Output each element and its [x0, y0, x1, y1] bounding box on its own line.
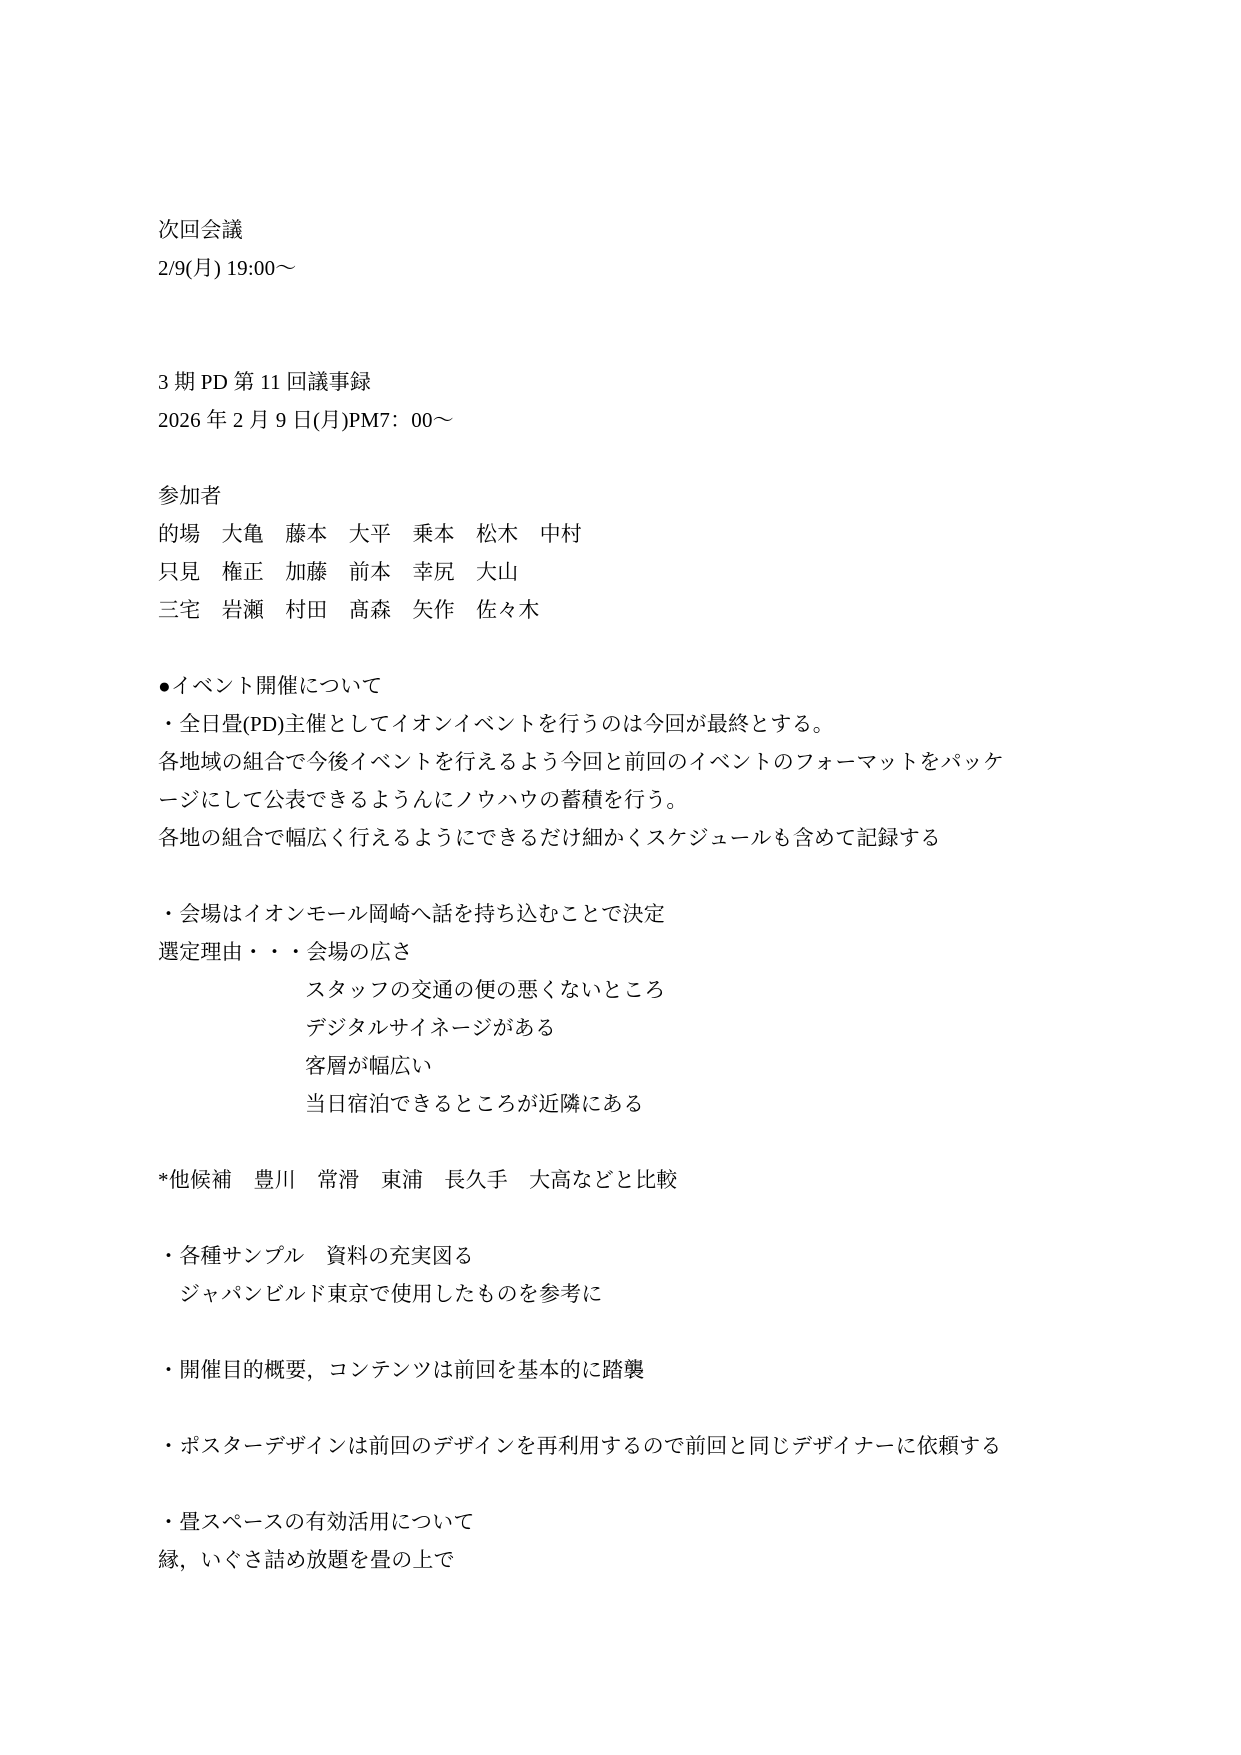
selection-reason-heading: 選定理由・・・会場の広さ — [158, 933, 1098, 971]
blank-line — [158, 439, 1098, 477]
minutes-title: 3 期 PD 第 11 回議事録 — [158, 363, 1098, 401]
selection-reason-5-text: 当日宿泊できるところが近隣にある — [305, 1085, 644, 1123]
tatami-space-note: ・畳スペースの有効活用について — [158, 1503, 1098, 1541]
blank-line — [158, 325, 1098, 363]
participants-row-3: 三宅 岩瀬 村田 髙森 矢作 佐々木 — [158, 591, 1098, 629]
other-candidates-note: *他候補 豊川 常滑 東浦 長久手 大高などと比較 — [158, 1161, 1098, 1199]
blank-line — [158, 1199, 1098, 1237]
blank-line — [158, 1123, 1098, 1161]
event-final-note: ・全日畳(PD)主催としてイオンイベントを行うのは今回が最終とする。 — [158, 705, 1098, 743]
document-page: 次回会議2/9(月) 19:00〜3 期 PD 第 11 回議事録2026 年 … — [0, 0, 1241, 1755]
blank-line — [158, 857, 1098, 895]
selection-reason-5: 当日宿泊できるところが近隣にある — [158, 1085, 1098, 1123]
event-format-note-line-2: ージにして公表できるようんにノウハウの蓄積を行う。 — [158, 781, 1098, 819]
poster-design-note: ・ポスターデザインは前回のデザインを再利用するので前回と同じデザイナーに依頼する — [158, 1427, 1098, 1465]
selection-reason-4: 客層が幅広い — [158, 1047, 1098, 1085]
selection-reason-3: デジタルサイネージがある — [158, 1009, 1098, 1047]
selection-reason-2: スタッフの交通の便の悪くないところ — [158, 971, 1098, 1009]
next-meeting-heading: 次回会議 — [158, 211, 1098, 249]
minutes-datetime: 2026 年 2 月 9 日(月)PM7：00〜 — [158, 401, 1098, 439]
blank-line — [158, 629, 1098, 667]
tatami-space-note-cont: 縁，いぐさ詰め放題を畳の上で — [158, 1541, 1098, 1579]
samples-note-cont: ジャパンビルド東京で使用したものを参考に — [158, 1275, 1098, 1313]
participants-row-1: 的場 大亀 藤本 大平 乗本 松木 中村 — [158, 515, 1098, 553]
participants-heading: 参加者 — [158, 477, 1098, 515]
samples-note-cont-text: ジャパンビルド東京で使用したものを参考に — [179, 1275, 603, 1313]
participants-row-2: 只見 権正 加藤 前本 幸尻 大山 — [158, 553, 1098, 591]
venue-decision-note: ・会場はイオンモール岡崎へ話を持ち込むことで決定 — [158, 895, 1098, 933]
blank-line — [158, 1389, 1098, 1427]
event-format-note-line-1: 各地域の組合で今後イベントを行えるよう今回と前回のイベントのフォーマットをパッケ — [158, 743, 1098, 781]
selection-reason-2-text: スタッフの交通の便の悪くないところ — [305, 971, 665, 1009]
selection-reason-4-text: 客層が幅広い — [305, 1047, 432, 1085]
blank-line — [158, 1465, 1098, 1503]
document-body: 次回会議2/9(月) 19:00〜3 期 PD 第 11 回議事録2026 年 … — [158, 211, 1098, 1579]
section-event-heading: ●イベント開催について — [158, 667, 1098, 705]
blank-line — [158, 287, 1098, 325]
selection-reason-3-text: デジタルサイネージがある — [305, 1009, 556, 1047]
samples-note: ・各種サンプル 資料の充実図る — [158, 1237, 1098, 1275]
next-meeting-datetime: 2/9(月) 19:00〜 — [158, 249, 1098, 287]
blank-line — [158, 1313, 1098, 1351]
purpose-note: ・開催目的概要，コンテンツは前回を基本的に踏襲 — [158, 1351, 1098, 1389]
event-record-note: 各地の組合で幅広く行えるようにできるだけ細かくスケジュールも含めて記録する — [158, 819, 1098, 857]
